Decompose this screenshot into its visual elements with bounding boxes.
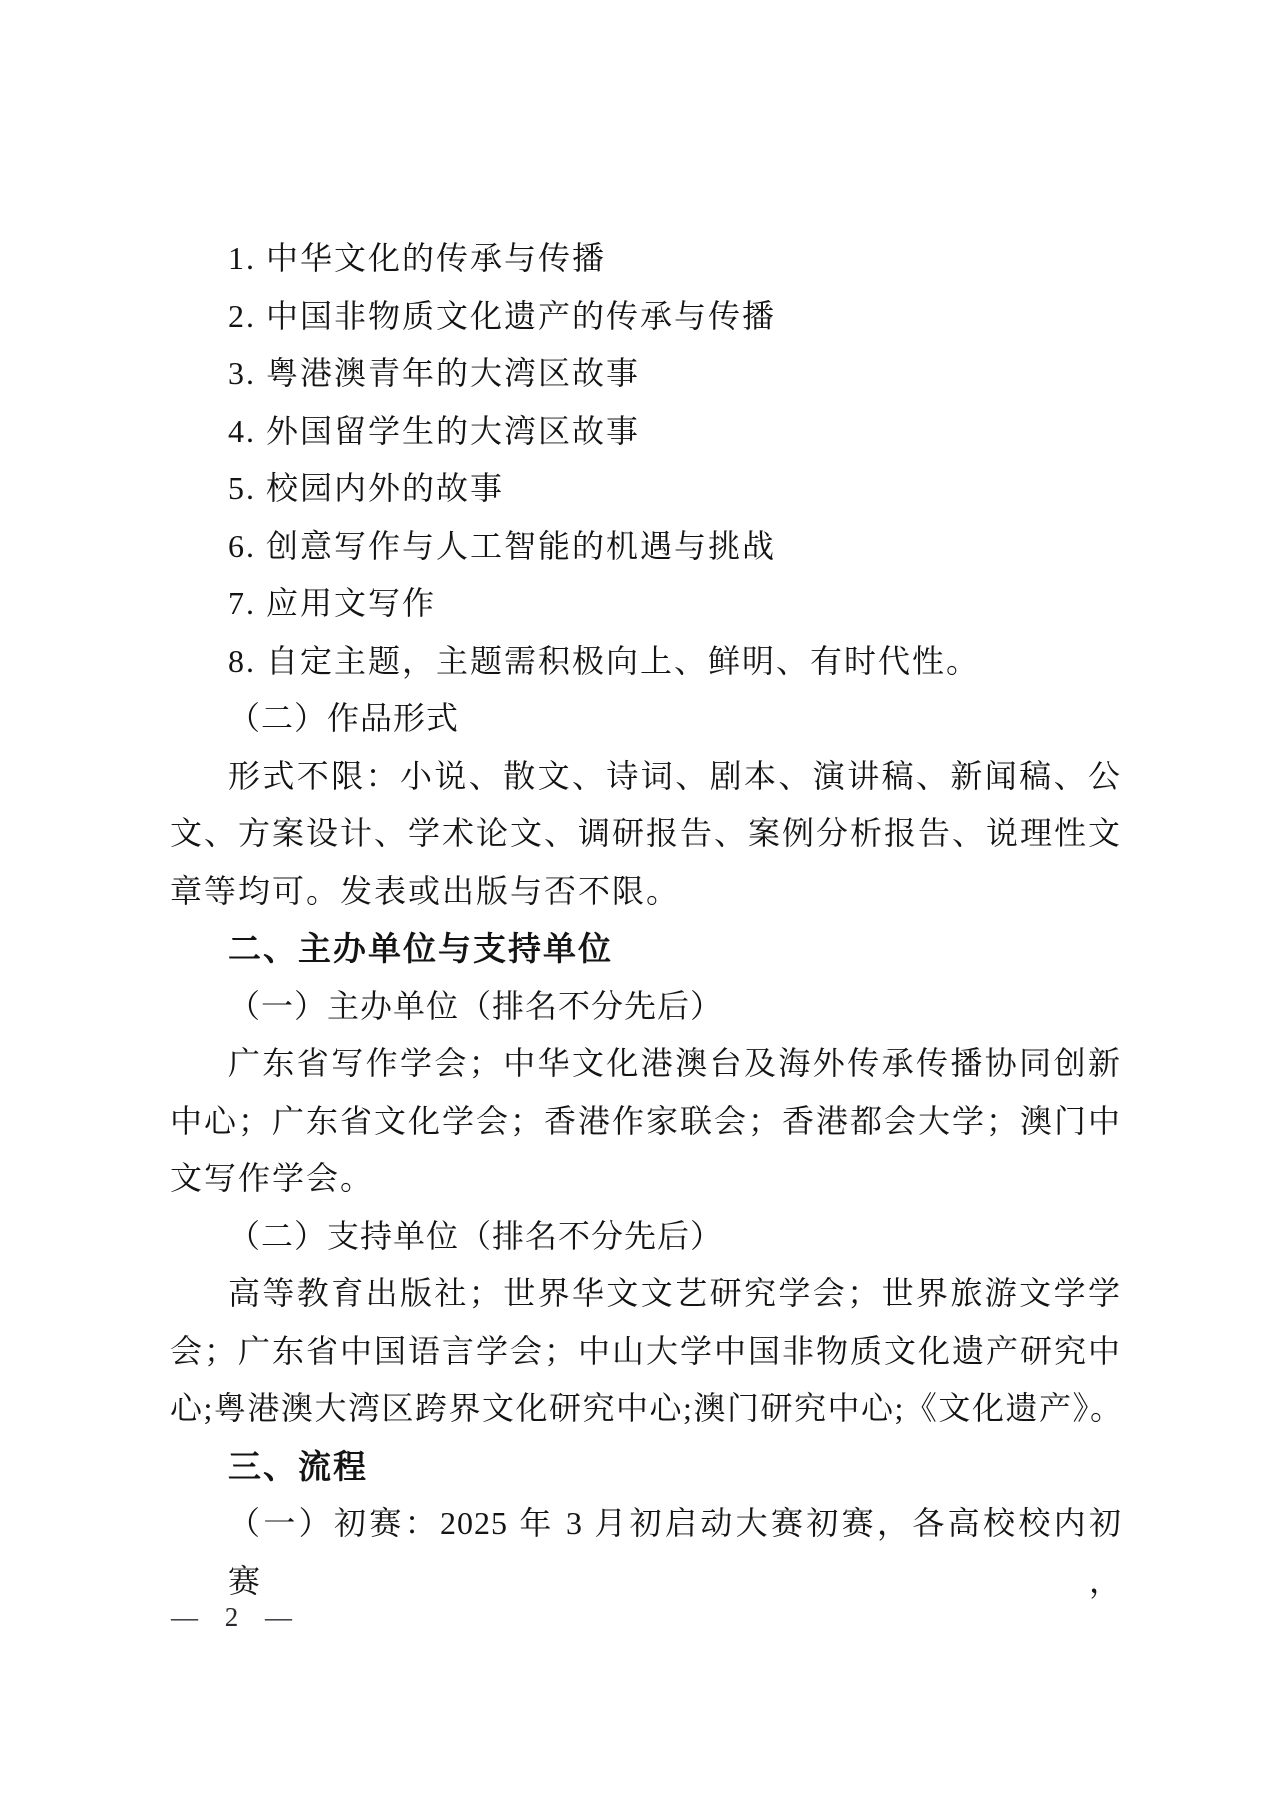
document-page: 1. 中华文化的传承与传播 2. 中国非物质文化遗产的传承与传播 3. 粤港澳青… (0, 0, 1280, 1810)
theme-list-item-5: 5. 校园内外的故事 (170, 460, 1122, 518)
subsection-heading-hosts: （一）主办单位（排名不分先后） (170, 978, 1122, 1036)
theme-list-item-3: 3. 粤港澳青年的大湾区故事 (170, 345, 1122, 403)
paragraph-line: 会；广东省中国语言学会；中山大学中国非物质文化遗产研究中 (170, 1323, 1122, 1381)
theme-list-item-1: 1. 中华文化的传承与传播 (170, 230, 1122, 288)
document-body: 1. 中华文化的传承与传播 2. 中国非物质文化遗产的传承与传播 3. 粤港澳青… (170, 230, 1122, 1553)
paragraph-line: 中心；广东省文化学会；香港作家联会；香港都会大学；澳门中 (170, 1093, 1122, 1151)
theme-list-item-2: 2. 中国非物质文化遗产的传承与传播 (170, 288, 1122, 346)
paragraph-line-preliminary: （一）初赛：2025 年 3 月初启动大赛初赛，各高校校内初赛， (170, 1495, 1122, 1553)
section-heading-process: 三、流程 (170, 1438, 1122, 1496)
theme-list-item-7: 7. 应用文写作 (170, 575, 1122, 633)
theme-list-item-8: 8. 自定主题，主题需积极向上、鲜明、有时代性。 (170, 633, 1122, 691)
paragraph-line: 章等均可。发表或出版与否不限。 (170, 863, 1122, 921)
paragraph-line: 广东省写作学会；中华文化港澳台及海外传承传播协同创新 (170, 1035, 1122, 1093)
paragraph-line: 心;粤港澳大湾区跨界文化研究中心;澳门研究中心;《文化遗产》。 (170, 1380, 1122, 1438)
theme-list-item-4: 4. 外国留学生的大湾区故事 (170, 403, 1122, 461)
theme-list-item-6: 6. 创意写作与人工智能的机遇与挑战 (170, 518, 1122, 576)
paragraph-line: 文写作学会。 (170, 1150, 1122, 1208)
subsection-heading-work-form: （二）作品形式 (170, 690, 1122, 748)
section-heading-organizers: 二、主办单位与支持单位 (170, 920, 1122, 978)
paragraph-line: 高等教育出版社；世界华文文艺研究学会；世界旅游文学学 (170, 1265, 1122, 1323)
page-number: — 2 — (171, 1601, 294, 1633)
paragraph-line: 文、方案设计、学术论文、调研报告、案例分析报告、说理性文 (170, 805, 1122, 863)
subsection-heading-supporters: （二）支持单位（排名不分先后） (170, 1208, 1122, 1266)
paragraph-line: 形式不限：小说、散文、诗词、剧本、演讲稿、新闻稿、公 (170, 748, 1122, 806)
